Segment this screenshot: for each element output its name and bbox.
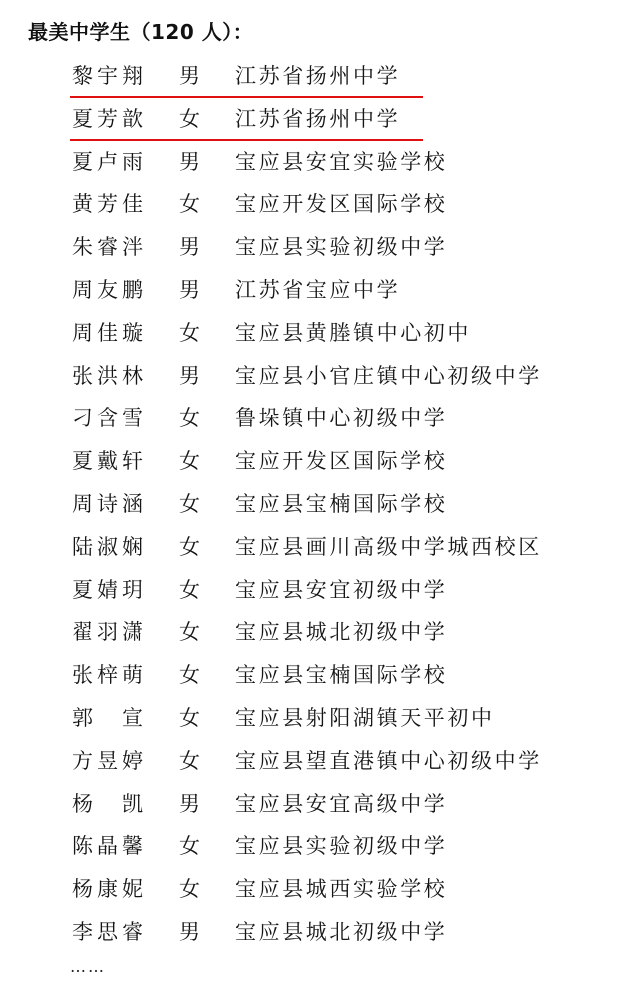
student-name: 夏卢雨 (72, 149, 147, 175)
list-item: 夏卢雨男宝应县安宜实验学校 (0, 141, 627, 184)
list-item: 黄芳佳女宝应开发区国际学校 (0, 183, 627, 226)
list-item: 陆淑娴女宝应县画川高级中学城西校区 (0, 526, 627, 569)
student-name: 黄芳佳 (72, 191, 147, 217)
student-school: 鲁垛镇中心初级中学 (235, 405, 447, 431)
list-item: 杨 凯男宝应县安宜高级中学 (0, 783, 627, 826)
student-name: 陈晶馨 (72, 833, 147, 859)
student-name: 陆淑娴 (72, 534, 147, 560)
list-item: 夏婧玥女宝应县安宜初级中学 (0, 569, 627, 612)
student-gender: 男 (179, 277, 200, 303)
student-gender: 男 (179, 63, 200, 89)
student-name: 夏戴轩 (72, 448, 147, 474)
student-gender: 女 (179, 876, 200, 902)
student-school: 宝应县射阳湖镇天平初中 (235, 705, 495, 731)
student-name: 朱睿泮 (72, 234, 147, 260)
student-gender: 女 (179, 577, 200, 603)
page-title: 最美中学生（120 人）： (28, 16, 253, 45)
student-gender: 女 (179, 705, 200, 731)
student-name: 郭 宣 (72, 705, 147, 731)
student-school: 江苏省扬州中学 (235, 63, 400, 89)
student-name: 杨康妮 (72, 876, 147, 902)
student-gender: 女 (179, 491, 200, 517)
student-gender: 男 (179, 363, 200, 389)
student-name: 翟羽潇 (72, 619, 147, 645)
list-item: 李思睿男宝应县城北初级中学 (0, 911, 627, 954)
list-item: 夏戴轩女宝应开发区国际学校 (0, 440, 627, 483)
student-gender: 女 (179, 619, 200, 645)
student-school: 宝应县宝楠国际学校 (235, 491, 447, 517)
student-school: 宝应县安宜初级中学 (235, 577, 447, 603)
student-school: 宝应县城北初级中学 (235, 619, 447, 645)
student-name: 张洪林 (72, 363, 147, 389)
student-name: 夏芳歆 (72, 106, 147, 132)
continuation-ellipsis: …… (70, 957, 106, 976)
student-school: 宝应县小官庄镇中心初级中学 (235, 363, 542, 389)
student-gender: 女 (179, 534, 200, 560)
list-item: 张梓萌女宝应县宝楠国际学校 (0, 654, 627, 697)
student-school: 宝应县宝楠国际学校 (235, 662, 447, 688)
student-name: 方昱婷 (72, 748, 147, 774)
student-gender: 男 (179, 234, 200, 260)
list-item: 夏芳歆女江苏省扬州中学 (0, 98, 627, 141)
student-school: 宝应县黄塍镇中心初中 (235, 320, 471, 346)
list-item: 朱睿泮男宝应县实验初级中学 (0, 226, 627, 269)
student-school: 宝应县安宜实验学校 (235, 149, 447, 175)
student-gender: 男 (179, 149, 200, 175)
student-school: 宝应开发区国际学校 (235, 448, 447, 474)
student-gender: 女 (179, 748, 200, 774)
list-item: 翟羽潇女宝应县城北初级中学 (0, 611, 627, 654)
student-list: 黎宇翔男江苏省扬州中学夏芳歆女江苏省扬州中学夏卢雨男宝应县安宜实验学校黄芳佳女宝… (0, 55, 627, 954)
student-gender: 女 (179, 405, 200, 431)
student-name: 黎宇翔 (72, 63, 147, 89)
list-item: 杨康妮女宝应县城西实验学校 (0, 868, 627, 911)
list-item: 张洪林男宝应县小官庄镇中心初级中学 (0, 355, 627, 398)
student-gender: 女 (179, 320, 200, 346)
student-school: 宝应县城西实验学校 (235, 876, 447, 902)
student-school: 宝应县望直港镇中心初级中学 (235, 748, 542, 774)
student-name: 李思睿 (72, 919, 147, 945)
student-school: 宝应县实验初级中学 (235, 833, 447, 859)
student-school: 宝应县画川高级中学城西校区 (235, 534, 542, 560)
student-name: 杨 凯 (72, 791, 147, 817)
student-name: 刁含雪 (72, 405, 147, 431)
student-gender: 男 (179, 919, 200, 945)
student-name: 周诗涵 (72, 491, 147, 517)
student-name: 夏婧玥 (72, 577, 147, 603)
student-name: 周佳璇 (72, 320, 147, 346)
student-gender: 男 (179, 791, 200, 817)
student-gender: 女 (179, 191, 200, 217)
list-item: 周佳璇女宝应县黄塍镇中心初中 (0, 312, 627, 355)
student-school: 江苏省扬州中学 (235, 106, 400, 132)
list-item: 刁含雪女鲁垛镇中心初级中学 (0, 397, 627, 440)
student-gender: 女 (179, 833, 200, 859)
list-item: 方昱婷女宝应县望直港镇中心初级中学 (0, 740, 627, 783)
student-gender: 女 (179, 662, 200, 688)
student-gender: 女 (179, 106, 200, 132)
student-gender: 女 (179, 448, 200, 474)
list-item: 郭 宣女宝应县射阳湖镇天平初中 (0, 697, 627, 740)
student-school: 宝应县实验初级中学 (235, 234, 447, 260)
student-school: 宝应开发区国际学校 (235, 191, 447, 217)
list-item: 周友鹏男江苏省宝应中学 (0, 269, 627, 312)
student-school: 江苏省宝应中学 (235, 277, 400, 303)
student-name: 张梓萌 (72, 662, 147, 688)
student-school: 宝应县城北初级中学 (235, 919, 447, 945)
student-school: 宝应县安宜高级中学 (235, 791, 447, 817)
list-item: 周诗涵女宝应县宝楠国际学校 (0, 483, 627, 526)
student-name: 周友鹏 (72, 277, 147, 303)
list-item: 黎宇翔男江苏省扬州中学 (0, 55, 627, 98)
list-item: 陈晶馨女宝应县实验初级中学 (0, 825, 627, 868)
